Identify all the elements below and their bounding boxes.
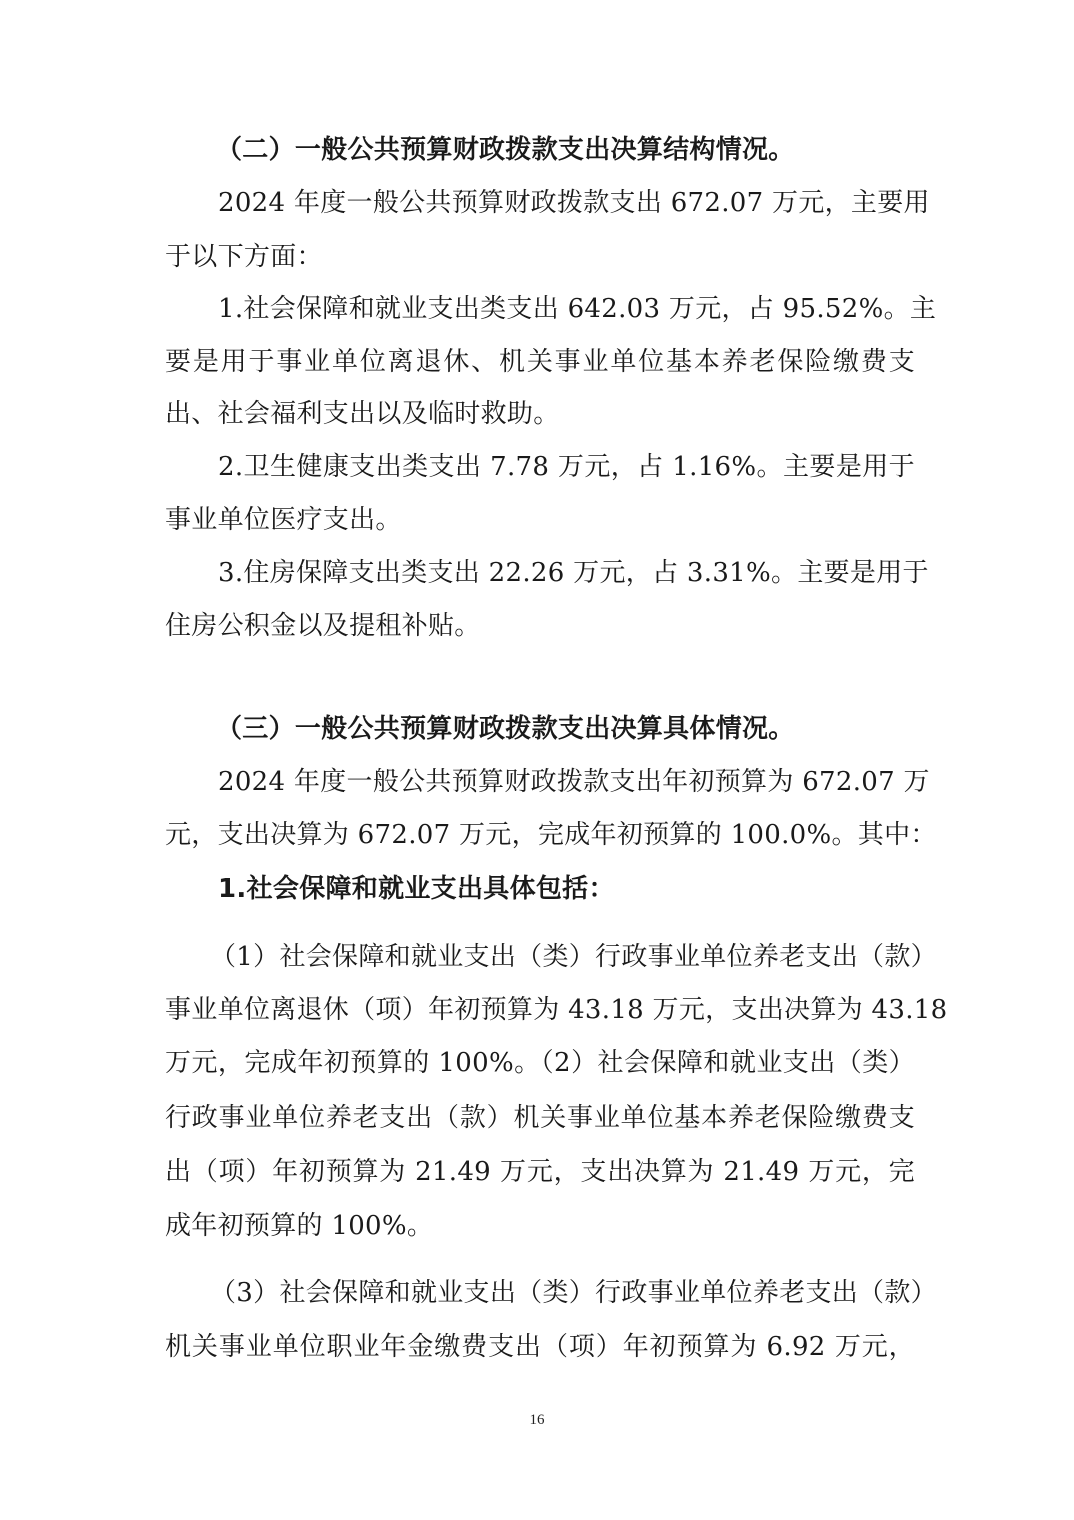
para-1-line-5: 出（项）年初预算为 21.49 万元，支出决算为 21.49 万元，完 bbox=[165, 1155, 915, 1189]
section-3-intro-line-2: 元，支出决算为 672.07 万元，完成年初预算的 100.0%。其中： bbox=[165, 818, 915, 852]
item-3-line-2: 住房公积金以及提租补贴。 bbox=[165, 609, 915, 643]
para-1-line-4: 行政事业单位养老支出（款）机关事业单位基本养老保险缴费支 bbox=[165, 1101, 915, 1135]
section-2-intro-line-2: 于以下方面： bbox=[165, 240, 915, 274]
item-2-line-1: 2.卫生健康支出类支出 7.78 万元，占 1.16%。主要是用于 bbox=[218, 450, 915, 484]
item-1-line-3: 出、社会福利支出以及临时救助。 bbox=[165, 397, 915, 431]
item-2-line-2: 事业单位医疗支出。 bbox=[165, 503, 915, 537]
section-2-heading: （二）一般公共预算财政拨款支出决算结构情况。 bbox=[216, 133, 966, 167]
item-3-line-1: 3.住房保障支出类支出 22.26 万元，占 3.31%。主要是用于 bbox=[218, 556, 915, 590]
item-1-line-2: 要是用于事业单位离退休、机关事业单位基本养老保险缴费支 bbox=[165, 345, 915, 379]
para-1-line-1: （1）社会保障和就业支出（类）行政事业单位养老支出（款） bbox=[210, 940, 915, 974]
item-1-line-1: 1.社会保障和就业支出类支出 642.03 万元，占 95.52%。主 bbox=[218, 292, 915, 326]
section-2-intro-line-1: 2024 年度一般公共预算财政拨款支出 672.07 万元，主要用 bbox=[218, 186, 915, 220]
para-2-line-1: （3）社会保障和就业支出（类）行政事业单位养老支出（款） bbox=[210, 1276, 915, 1310]
para-2-line-2: 机关事业单位职业年金缴费支出（项）年初预算为 6.92 万元， bbox=[165, 1330, 915, 1364]
para-1-line-2: 事业单位离退休（项）年初预算为 43.18 万元，支出决算为 43.18 bbox=[165, 993, 915, 1027]
page-number: 16 bbox=[0, 1412, 1074, 1429]
section-3-intro-line-1: 2024 年度一般公共预算财政拨款支出年初预算为 672.07 万 bbox=[218, 765, 915, 799]
section-3-heading: （三）一般公共预算财政拨款支出决算具体情况。 bbox=[216, 712, 966, 746]
subheading-social-security: 1.社会保障和就业支出具体包括： bbox=[218, 872, 915, 906]
para-1-line-3: 万元，完成年初预算的 100%。（2）社会保障和就业支出（类） bbox=[165, 1046, 915, 1080]
document-page: （二）一般公共预算财政拨款支出决算结构情况。 2024 年度一般公共预算财政拨款… bbox=[0, 0, 1074, 1520]
para-1-line-6: 成年初预算的 100%。 bbox=[165, 1209, 915, 1243]
